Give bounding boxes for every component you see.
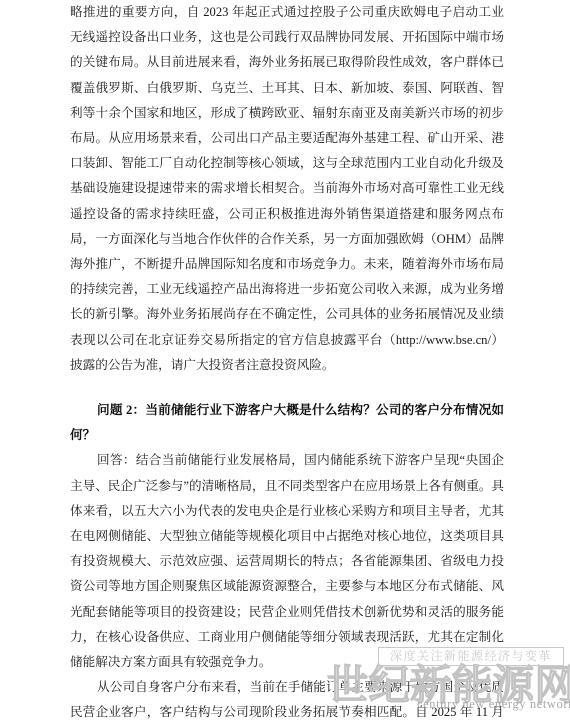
text-line: 回答：结合当前储能行业发展格局，国内储能系统下游客户呈现“央国企 [70, 448, 504, 473]
text-line: 海外推广，不断提升品牌国际知名度和市场竞争力。未来，随着海外市场布局 [70, 252, 504, 277]
document-page: 略推进的重要方向，自 2023 年起正式通过控股子公司重庆欧姆电子启动工业无线遥… [0, 0, 570, 726]
text-line: 口装卸、智能工厂自动化控制等核心领域，这与全球范围内工业自动化升级及 [70, 151, 504, 176]
text-line: 主导、民企广泛参与”的清晰格局，且不同类型客户在应用场景上各有侧重。具 [70, 474, 504, 499]
paragraph-overseas-business: 略推进的重要方向，自 2023 年起正式通过控股子公司重庆欧姆电子启动工业无线遥… [70, 0, 504, 378]
text-line: 问题 2：当前储能行业下游客户大概是什么结构？公司的客户分布情况如 [70, 398, 504, 423]
text-line: 光配套储能等项目的投资建设；民营企业则凭借技术创新优势和灵活的服务能 [70, 600, 504, 625]
watermark-tagline: 深度关注新能源经济与变革 [378, 647, 564, 666]
text-line: 资公司等地方国企则聚焦区域能源资源整合，主要参与本地区分布式储能、风 [70, 574, 504, 599]
document-body: 略推进的重要方向，自 2023 年起正式通过控股子公司重庆欧姆电子启动工业无线遥… [70, 0, 504, 726]
text-line: 遥控设备的需求持续旺盛，公司正积极推进海外销售渠道搭建和服务网点布 [70, 202, 504, 227]
paragraph-answer-2: 回答：结合当前储能行业发展格局，国内储能系统下游客户呈现“央国企主导、民企广泛参… [70, 448, 504, 675]
text-line: 布局。从应用场景来看，公司出口产品主要适配海外基建工程、矿山开采、港 [70, 126, 504, 151]
text-line: 覆盖俄罗斯、白俄罗斯、乌克兰、土耳其、日本、新加坡、泰国、阿联酋、智 [70, 76, 504, 101]
text-line: 利等十余个国家和地区，形成了横跨欧亚、辐射东南亚及南美新兴市场的初步 [70, 101, 504, 126]
text-line: 的持续完善，工业无线遥控产品出海将进一步拓宽公司收入来源，成为业务增 [70, 277, 504, 302]
text-line: 无线遥控设备出口业务，这也是公司践行双品牌协同发展、开拓国际中端市场 [70, 25, 504, 50]
text-line: 基础设施建设提速带来的需求增长相契合。当前海外市场对高可靠性工业无线 [70, 176, 504, 201]
text-line: 表现以公司在北京证券交易所指定的官方信息披露平台（http://www.bse.… [70, 328, 504, 353]
text-line: 的关键布局。从目前进展来看，海外业务拓展已取得阶段性成效，客户群体已 [70, 50, 504, 75]
text-line: 长的新引擎。海外业务拓展尚存在不确定性，公司具体的业务拓展情况及业绩 [70, 302, 504, 327]
text-line: 体来看，以五大六小为代表的发电央企是行业核心采购方和项目主导者，尤其 [70, 499, 504, 524]
text-line: 略推进的重要方向，自 2023 年起正式通过控股子公司重庆欧姆电子启动工业 [70, 0, 504, 25]
paragraph-question-2: 问题 2：当前储能行业下游客户大概是什么结构？公司的客户分布情况如何？ [70, 398, 504, 448]
watermark-brand-en: century new energy network [417, 697, 570, 712]
text-line: 披露的公告为准，请广大投资者注意投资风险。 [70, 353, 504, 378]
text-line: 在电网侧储能、大型独立储能等规模化项目中占据绝对核心地位，这类项目具 [70, 524, 504, 549]
text-line: 局，一方面深化与当地合作伙伴的合作关系，另一方面加强欧姆（OHM）品牌 [70, 227, 504, 252]
text-line: 有投资规模大、示范效应强、运营周期长的特点；各省能源集团、省级电力投 [70, 549, 504, 574]
text-line: 何？ [70, 423, 504, 448]
